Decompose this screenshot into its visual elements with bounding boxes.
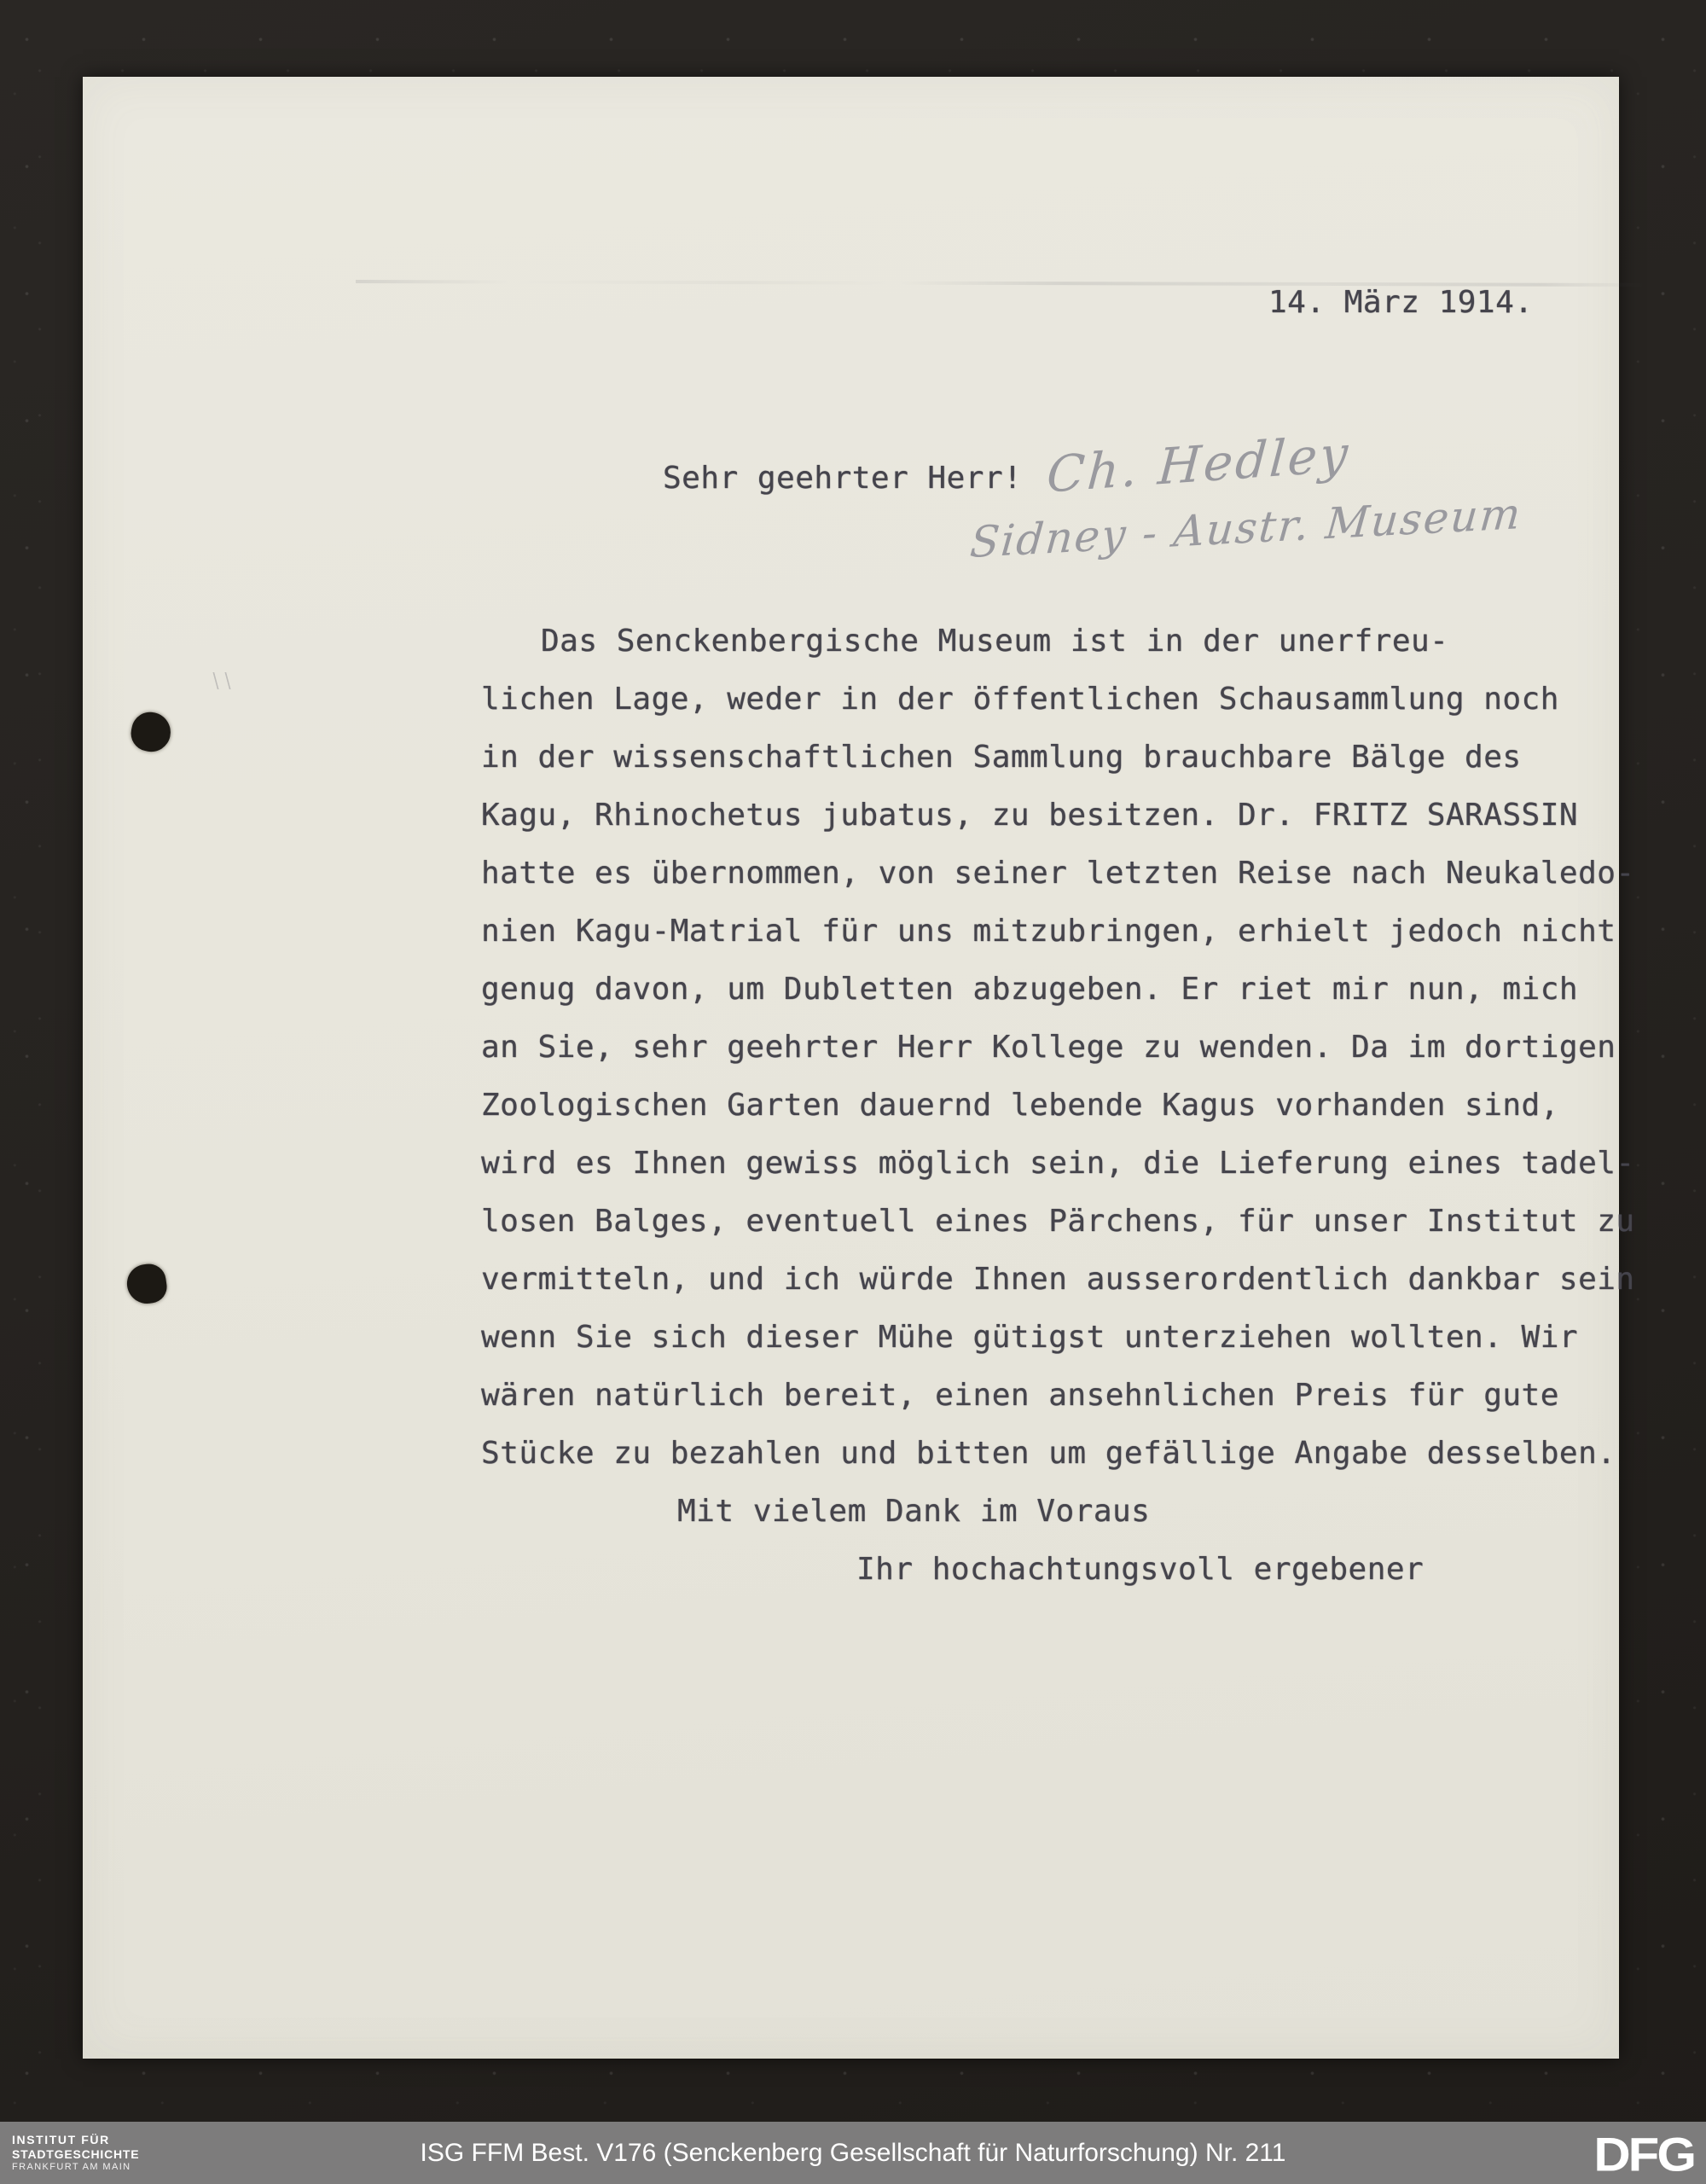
letter-line: wird es Ihnen gewiss möglich sein, die L…	[481, 1135, 1635, 1193]
letter-line: losen Balges, eventuell eines Pärchens, …	[481, 1193, 1635, 1251]
letter-line: Kagu, Rhinochetus jubatus, zu besitzen. …	[481, 787, 1635, 845]
letter-closing-thanks: Mit vielem Dank im Voraus	[677, 1483, 1635, 1541]
letter-line: genug davon, um Dubletten abzugeben. Er …	[481, 961, 1635, 1019]
letter-line: Das Senckenbergische Museum ist in der u…	[481, 613, 1635, 671]
letter-line: Stücke zu bezahlen und bitten um gefälli…	[481, 1425, 1635, 1483]
hole-punch-bottom	[125, 1262, 169, 1306]
archive-footer-bar: INSTITUT FÜR STADTGESCHICHTE FRANKFURT A…	[0, 2122, 1706, 2184]
letter-line: lichen Lage, weder in der öffentlichen S…	[481, 671, 1635, 729]
letter-line: wären natürlich bereit, einen ansehnlich…	[481, 1367, 1635, 1425]
letter-body: Das Senckenbergische Museum ist in der u…	[481, 613, 1635, 1599]
pencil-marks	[211, 672, 245, 689]
hole-punch-top	[128, 709, 175, 756]
archive-scan-background: { "letter": { "date": "14. März 1914.", …	[0, 0, 1706, 2184]
archive-reference-label: ISG FFM Best. V176 (Senckenberg Gesellsc…	[0, 2122, 1706, 2184]
letter-line: an Sie, sehr geehrter Herr Kollege zu we…	[481, 1019, 1635, 1077]
dfg-logo: DFG	[1593, 2126, 1694, 2183]
letter-line: vermitteln, und ich würde Ihnen ausseror…	[481, 1251, 1635, 1309]
letter-line: nien Kagu-Matrial für uns mitzubringen, …	[481, 903, 1635, 961]
letter-line: wenn Sie sich dieser Mühe gütigst unterz…	[481, 1309, 1635, 1367]
letter-date: 14. März 1914.	[1268, 285, 1533, 320]
handwritten-annotation-name: Ch. Hedley	[1045, 424, 1352, 503]
letter-page: 14. März 1914. Sehr geehrter Herr! Ch. H…	[83, 77, 1619, 2059]
erased-pencil-line	[356, 280, 1644, 287]
letter-salutation: Sehr geehrter Herr!	[663, 461, 1022, 496]
letter-line: in der wissenschaftlichen Sammlung brauc…	[481, 729, 1635, 787]
letter-closing-signoff: Ihr hochachtungsvoll ergebener	[856, 1541, 1635, 1599]
letter-line: Zoologischen Garten dauernd lebende Kagu…	[481, 1077, 1635, 1135]
letter-line: hatte es übernommen, von seiner letzten …	[481, 845, 1635, 903]
